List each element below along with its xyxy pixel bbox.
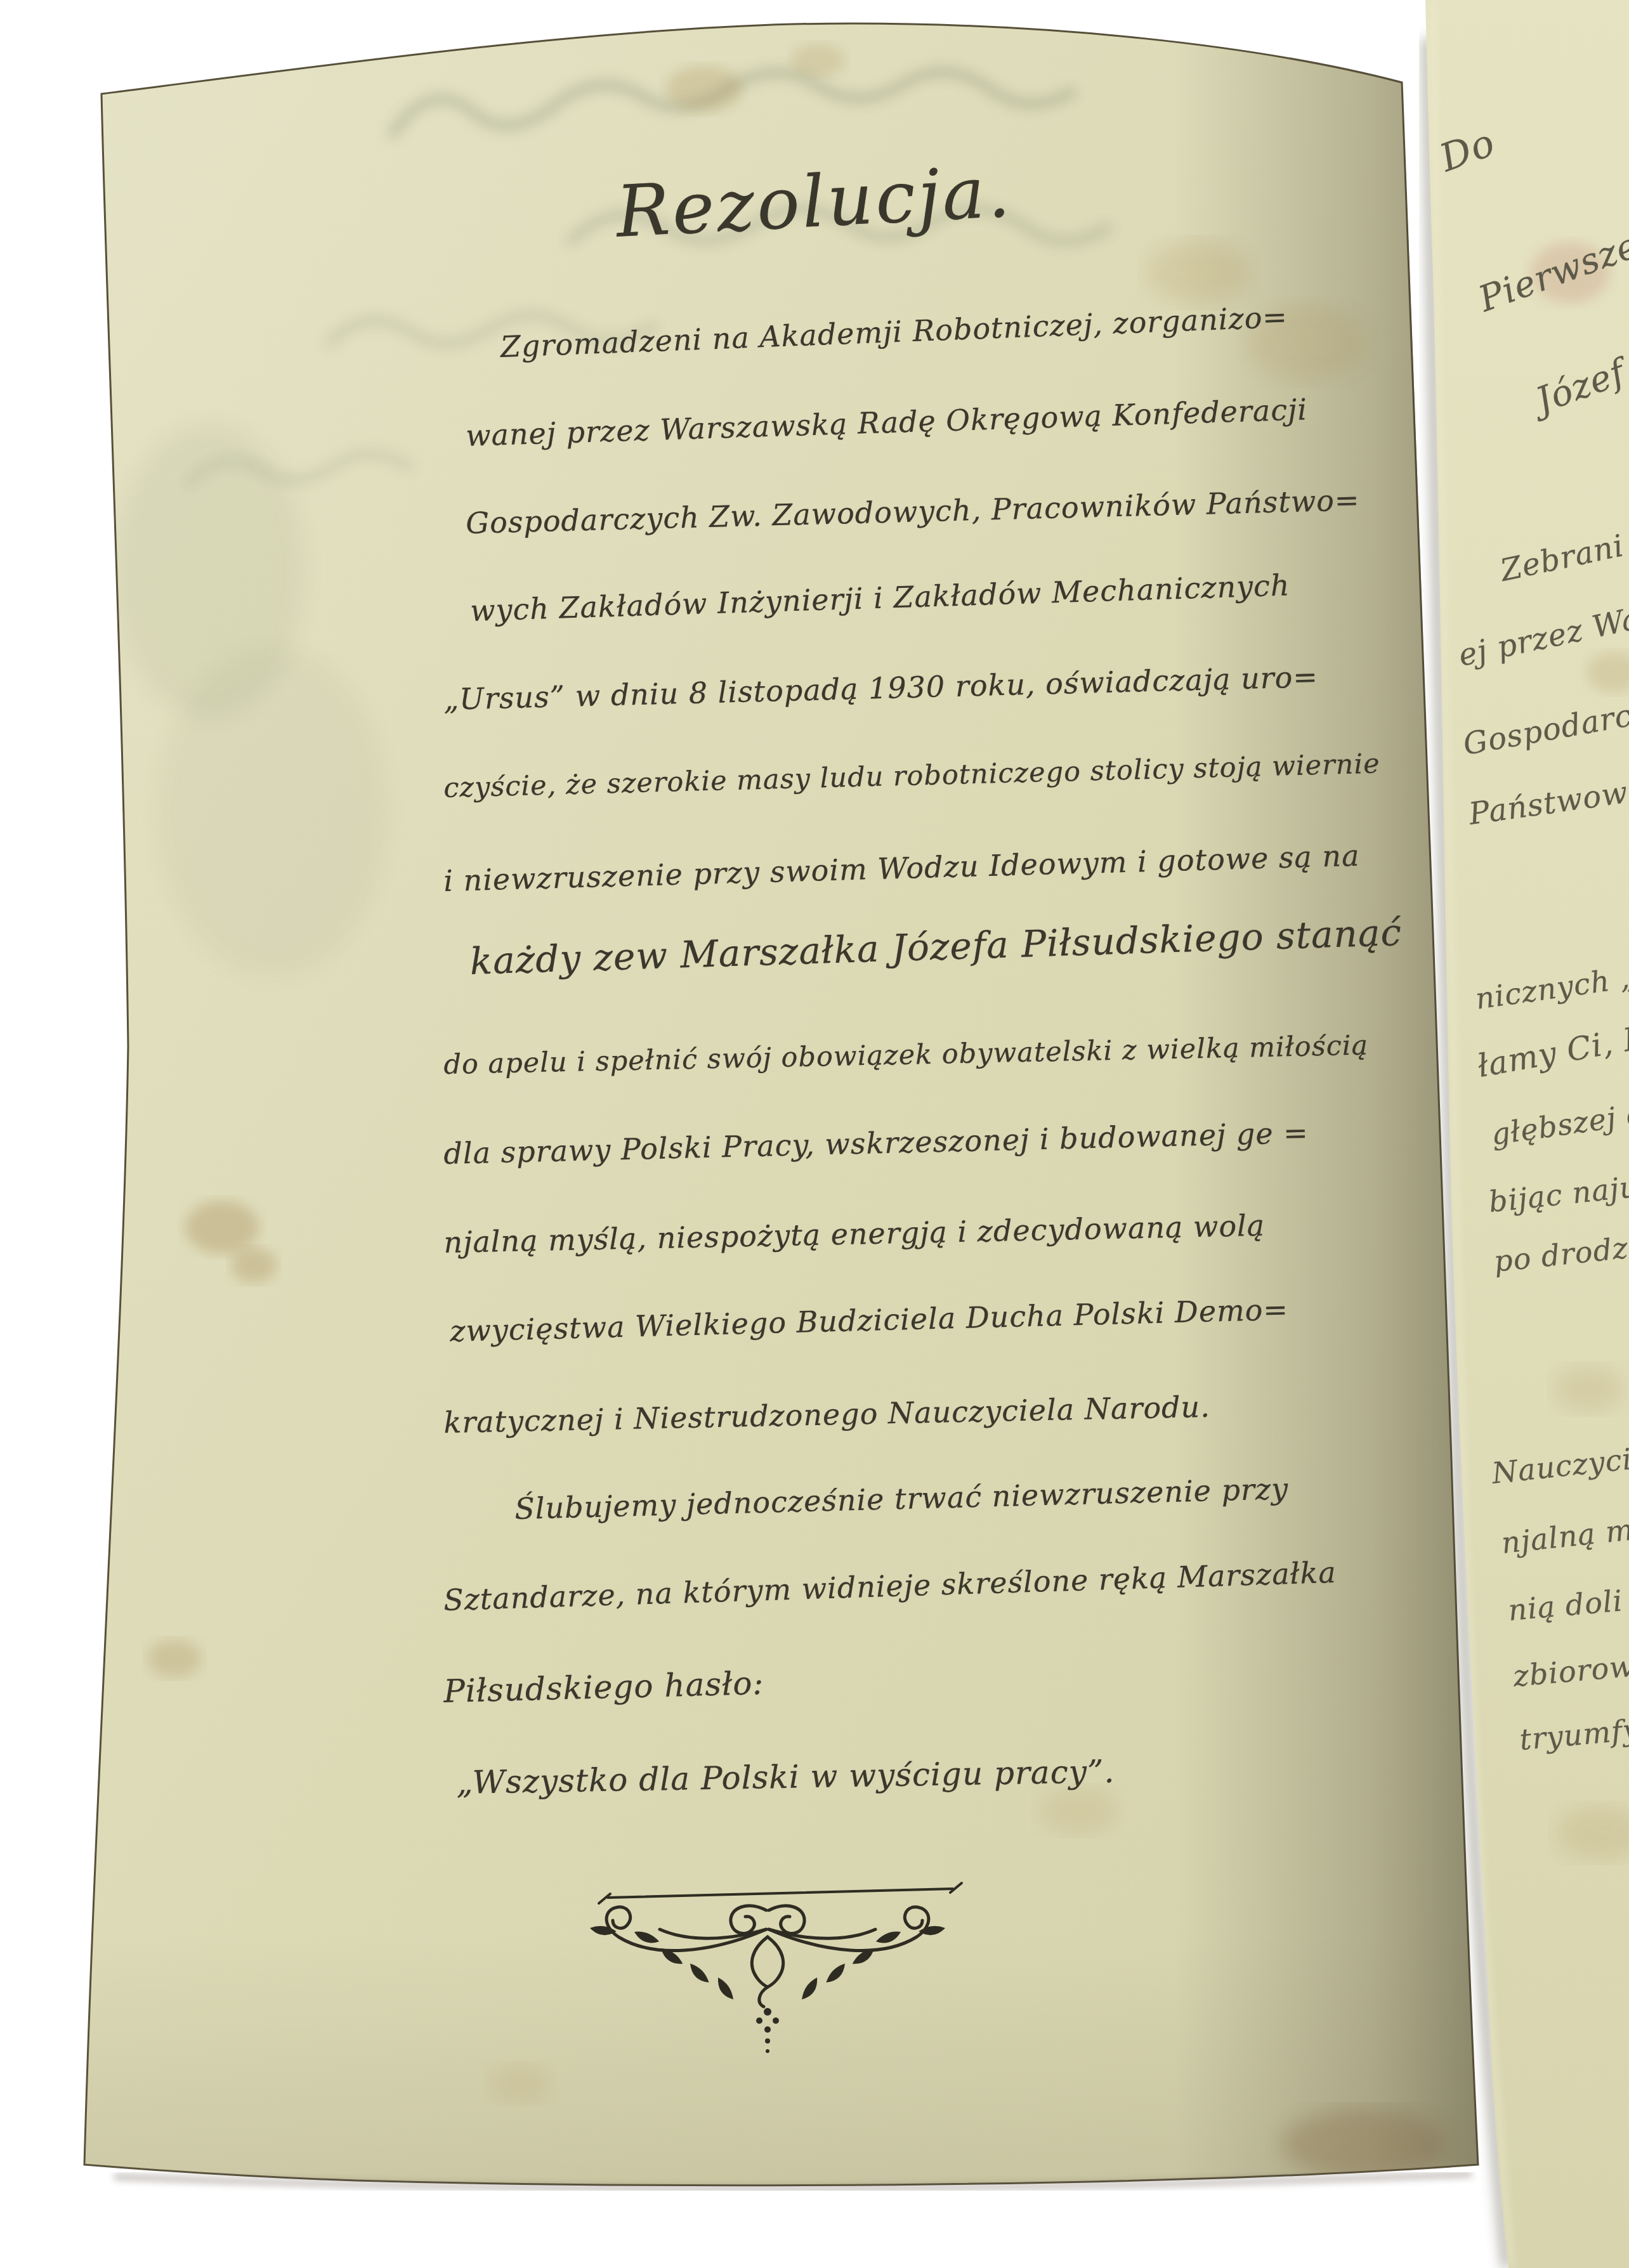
right-page-fragment: głębszej czci — [1489, 1091, 1629, 1152]
right-page-fragment: nią doli — [1507, 1583, 1624, 1627]
manuscript-line: dla sprawy Polski Pracy, wskrzeszonej i … — [443, 1116, 1309, 1171]
manuscript-line: i niewzruszenie przy swoim Wodzu Ideowym… — [443, 838, 1360, 898]
manuscript-line: njalną myślą, niespożytą energją i zdecy… — [443, 1208, 1266, 1260]
manuscript-line: wych Zakładów Inżynierji i Zakładów Mech… — [469, 568, 1290, 628]
right-page-fragment: bijąc najuro — [1487, 1166, 1629, 1219]
manuscript-line: zwycięstwa Wielkiego Budziciela Ducha Po… — [450, 1292, 1289, 1348]
manuscript-line: Gospodarczych Zw. Zawodowych, Pracownikó… — [466, 483, 1360, 540]
manuscript-line: „Wszystko dla Polski w wyścigu pracy”. — [456, 1753, 1115, 1801]
manuscript-line: Sztandarze, na którym widnieje skreślone… — [443, 1555, 1337, 1617]
right-page-fragment: Gospodarczych — [1460, 685, 1629, 762]
right-page-fragment: Do — [1434, 121, 1501, 181]
manuscript-line: do apelu i spełnić swój obowiązek obywat… — [443, 1029, 1369, 1081]
manuscript-line: Piłsudskiego hasło: — [443, 1665, 764, 1710]
manuscript-line: Ślubujemy jednocześnie trwać niewzruszen… — [514, 1471, 1289, 1526]
right-page-fragment: zbiorowej — [1512, 1646, 1629, 1693]
manuscript-line: każdy zew Marszałka Józefa Piłsudskiego … — [469, 911, 1403, 983]
document-title: Rezolucja. — [614, 150, 1014, 254]
right-page-fragment: łamy Ci, Po — [1475, 1015, 1629, 1085]
right-page-fragment: ej przez Warsz — [1455, 590, 1629, 674]
manuscript-line: Zgromadzeni na Akademji Robotniczej, zor… — [500, 299, 1288, 364]
right-page-fragment: Nauczycie — [1490, 1440, 1629, 1490]
right-page-fragment: tryumfy — [1518, 1712, 1629, 1757]
scanned-manuscript-page: Rezolucja. Zgromadzeni na Akademji Robot… — [0, 0, 1629, 2268]
manuscript-line: czyście, że szerokie masy ludu robotnicz… — [443, 748, 1381, 804]
right-page-fragment: Pierwszeg — [1474, 216, 1629, 320]
right-page-fragment: Państwowych — [1467, 767, 1629, 832]
right-page-fragment: njalną m — [1500, 1512, 1629, 1560]
manuscript-line: „Ursus” w dniu 8 listopadą 1930 roku, oś… — [443, 660, 1319, 717]
right-page-fragment: nicznych „Urs — [1473, 952, 1629, 1016]
manuscript-line: wanej przez Warszawską Radę Okręgową Kon… — [465, 392, 1307, 453]
right-page-fragment: Józef — [1531, 351, 1629, 422]
right-page-fragment: Zebrani — [1497, 528, 1627, 589]
left-page-text: Rezolucja. Zgromadzeni na Akademji Robot… — [0, 0, 1629, 2268]
manuscript-line: kratycznej i Niestrudzonego Nauczyciela … — [443, 1390, 1210, 1440]
right-page-fragment: po drodze w — [1492, 1225, 1629, 1279]
